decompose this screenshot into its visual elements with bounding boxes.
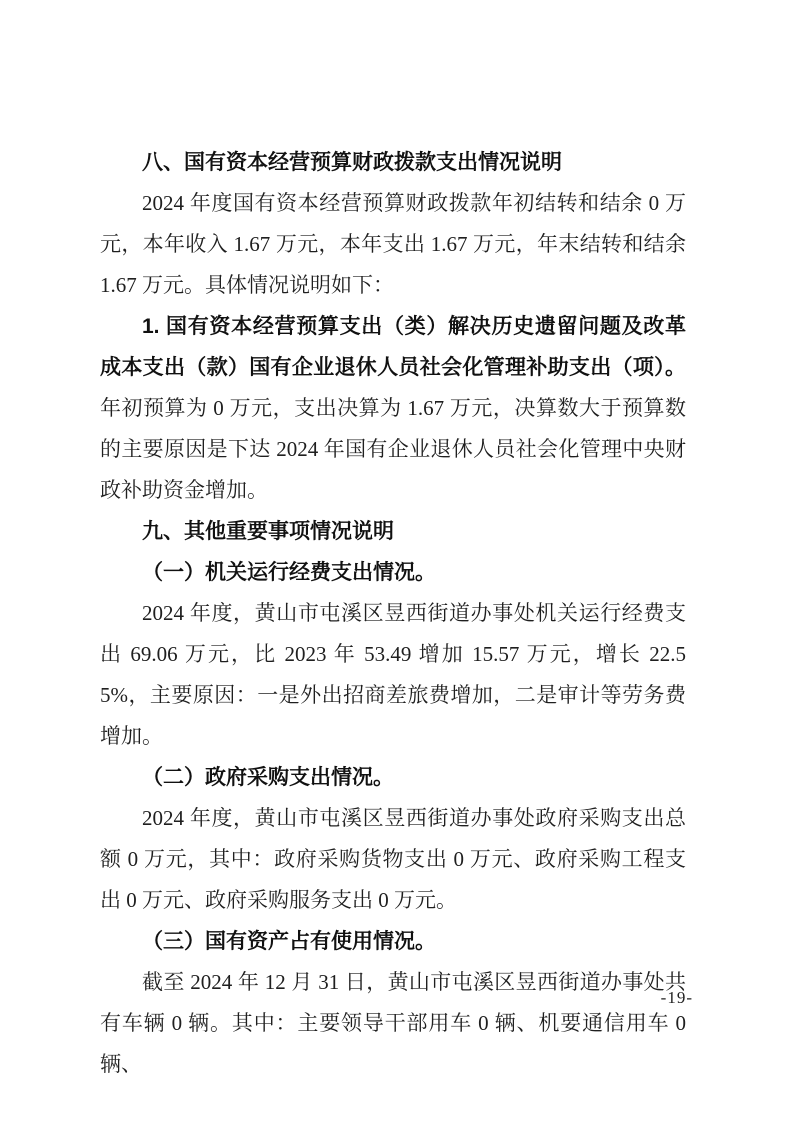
document-content: 八、国有资本经营预算财政拨款支出情况说明2024 年度国有资本经营预算财政拨款年… [100, 142, 686, 1085]
document-paragraph: 截至 2024 年 12 月 31 日，黄山市屯溪区昱西街道办事处共有车辆 0 … [100, 962, 686, 1085]
page-number: -19- [661, 988, 693, 1008]
document-heading: （二）政府采购支出情况。 [100, 757, 686, 798]
document-heading: （三）国有资产占有使用情况。 [100, 921, 686, 962]
document-paragraph: 2024 年度，黄山市屯溪区昱西街道办事处机关运行经费支出 69.06 万元，比… [100, 593, 686, 757]
document-paragraph: 1. 国有资本经营预算支出（类）解决历史遗留问题及改革成本支出（款）国有企业退休… [100, 306, 686, 511]
document-heading: （一）机关运行经费支出情况。 [100, 552, 686, 593]
document-page: 八、国有资本经营预算财政拨款支出情况说明2024 年度国有资本经营预算财政拨款年… [0, 0, 793, 1122]
paragraph-lead-bold: 1. 国有资本经营预算支出（类）解决历史遗留问题及改革成本支出（款）国有企业退休… [100, 315, 686, 379]
document-heading: 九、其他重要事项情况说明 [100, 511, 686, 552]
document-paragraph: 2024 年度国有资本经营预算财政拨款年初结转和结余 0 万元，本年收入 1.6… [100, 183, 686, 306]
document-paragraph: 2024 年度，黄山市屯溪区昱西街道办事处政府采购支出总额 0 万元，其中：政府… [100, 798, 686, 921]
document-heading: 八、国有资本经营预算财政拨款支出情况说明 [100, 142, 686, 183]
